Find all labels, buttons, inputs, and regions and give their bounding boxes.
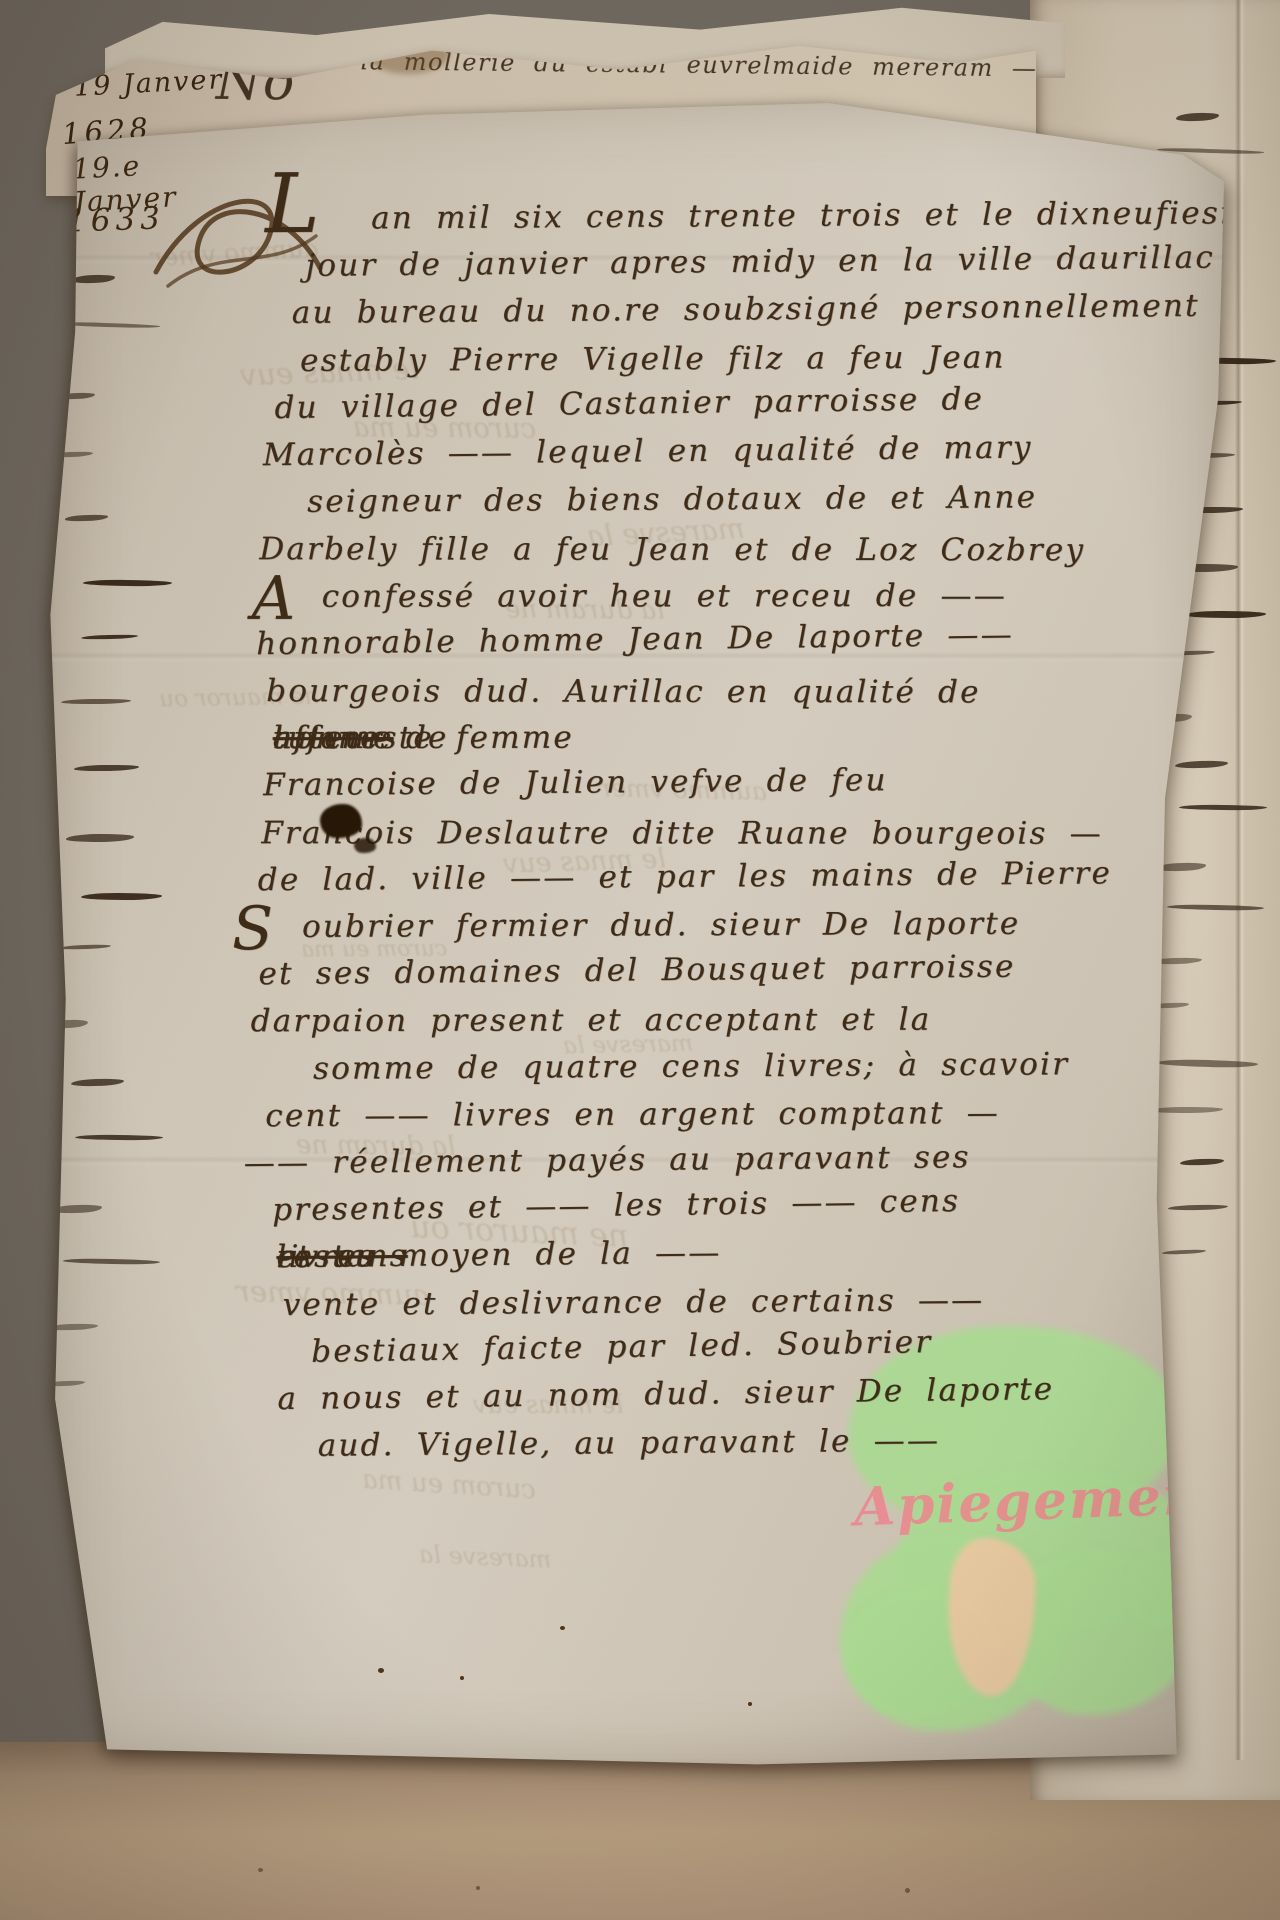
paper-speck — [748, 1702, 752, 1706]
ink-blot — [354, 838, 376, 853]
act-text: Lan mil six cens trente trois et le dixn… — [253, 195, 1193, 1621]
paper-speck — [476, 1886, 480, 1890]
act-line-initial: L — [265, 175, 322, 235]
manuscript-page: aummo vmerle mnas euvcurom eu mamaresve … — [48, 98, 1230, 1766]
act-line-initial: A — [252, 568, 298, 628]
act-line-initial: S — [232, 899, 276, 959]
paper-speck — [460, 1676, 464, 1680]
manuscript-page-wrap: aummo vmerle mnas euvcurom eu mamaresve … — [0, 0, 1280, 1820]
paper-speck — [905, 1888, 910, 1893]
manuscript-photo: 19 Janver 1628 Node la mollerie du estab… — [0, 0, 1280, 1920]
paper-speck — [258, 1868, 263, 1872]
ink-blot — [320, 804, 362, 838]
paper-speck — [378, 1668, 384, 1673]
paper-speck — [560, 1626, 565, 1630]
